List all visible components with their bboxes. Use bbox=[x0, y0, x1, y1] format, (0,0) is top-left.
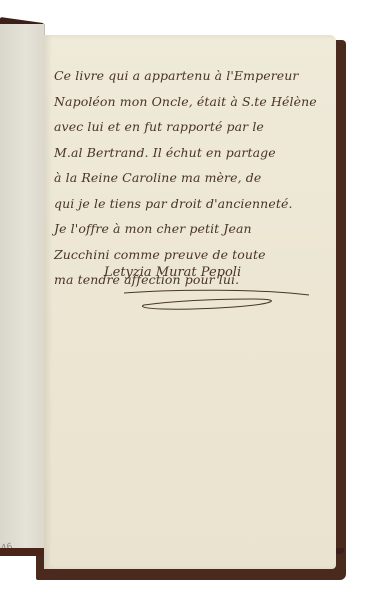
handwritten-inscription: Ce livre qui a appartenu à l'Empereur Na… bbox=[54, 63, 332, 293]
signature-flourish-icon bbox=[114, 287, 314, 311]
signature: Letyzia Murat Pepoli bbox=[104, 265, 241, 280]
inscription-line: Zucchini comme preuve de toute bbox=[54, 242, 332, 268]
inscription-line: Ce livre qui a appartenu à l'Empereur bbox=[54, 63, 332, 89]
inscription-line: à la Reine Caroline ma mère, de bbox=[54, 165, 332, 191]
inscription-page: Ce livre qui a appartenu à l'Empereur Na… bbox=[44, 35, 336, 569]
left-flyleaf-page: 46 bbox=[0, 24, 45, 548]
inscription-line: Napoléon mon Oncle, était à S.te Hélène bbox=[54, 89, 332, 115]
left-cover-edge bbox=[0, 548, 44, 556]
inscription-line: Je l'offre à mon cher petit Jean bbox=[54, 216, 332, 242]
inscription-line: qui je le tiens par droit d'ancienneté. bbox=[54, 191, 332, 217]
inscription-line: avec lui et en fut rapporté par le bbox=[54, 114, 332, 140]
book-photo: 46 Ce livre qui a appartenu à l'Empereur… bbox=[0, 0, 378, 600]
inscription-line: M.al Bertrand. Il échut en partage bbox=[54, 140, 332, 166]
